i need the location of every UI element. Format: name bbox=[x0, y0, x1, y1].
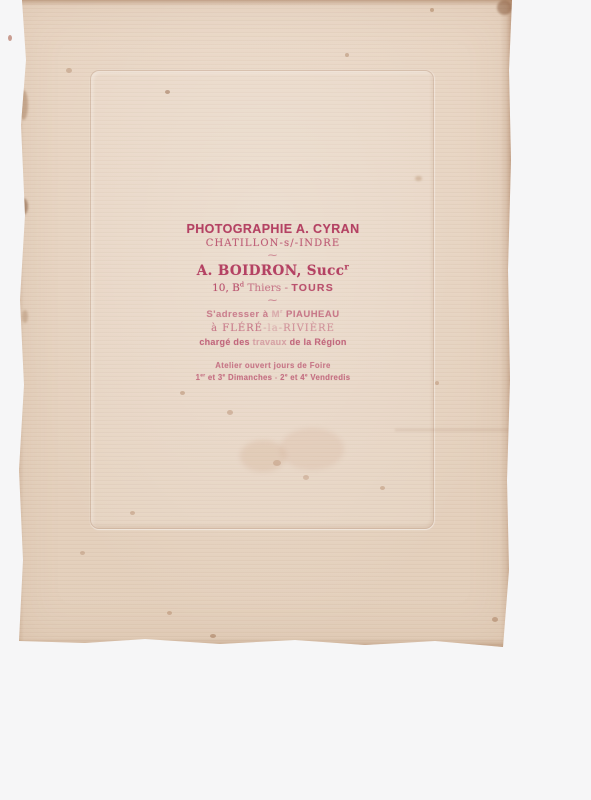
stain-spot bbox=[210, 634, 216, 638]
stain-spot bbox=[167, 611, 172, 615]
stain-spot bbox=[435, 381, 439, 385]
stain-spot bbox=[345, 53, 349, 57]
stain-spot bbox=[18, 198, 28, 215]
stamp-ornament-2: ⁓ bbox=[168, 297, 378, 304]
stamp-line-role: chargé des travaux de la Région bbox=[168, 337, 378, 347]
stamp-line-place: à FLÉRÉ-la-RIVIÈRE bbox=[168, 323, 378, 334]
photo-card-verso: PHOTOGRAPHIE A. CYRAN CHATILLON-s/-INDRE… bbox=[15, 0, 513, 647]
stain-spot bbox=[19, 90, 28, 120]
stamp-line-successor: A. BOIDRON, Succr bbox=[168, 263, 378, 279]
stamp-line-agent: S'adresser à Mr PIAUHEAU bbox=[168, 309, 378, 320]
stamp-line-schedule-2: 1er et 3e Dimanches - 2e et 4e Vendredis bbox=[168, 373, 378, 382]
stain-spot bbox=[492, 617, 498, 622]
stamp-line-schedule-1: Atelier ouvert jours de Foire bbox=[168, 361, 378, 370]
stamp-line-address: 10, Bd Thiers - TOURS bbox=[168, 282, 378, 294]
stain-spot bbox=[430, 8, 434, 12]
stamp-ornament-1: ⁓ bbox=[168, 252, 378, 259]
stain-spot bbox=[80, 551, 85, 555]
stain-spot bbox=[8, 35, 12, 41]
stamp-line-photographie: PHOTOGRAPHIE A. CYRAN bbox=[168, 222, 378, 236]
stain-spot bbox=[22, 310, 28, 323]
photographer-stamp: PHOTOGRAPHIE A. CYRAN CHATILLON-s/-INDRE… bbox=[168, 222, 378, 382]
stain-spot bbox=[66, 68, 72, 73]
stamp-line-town: CHATILLON-s/-INDRE bbox=[168, 238, 378, 249]
stain-corner-patch bbox=[497, 0, 512, 15]
scanned-document: { "colors": { "scan_background": "#f6f6f… bbox=[0, 0, 591, 800]
